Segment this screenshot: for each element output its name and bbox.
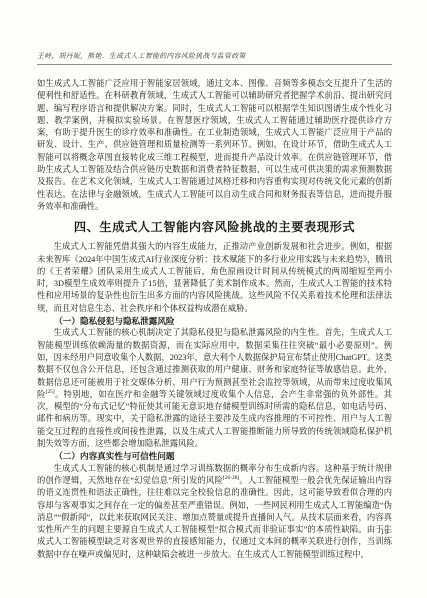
subsection-heading-privacy: （一）隐私侵犯与隐私泄露风险 — [37, 315, 392, 327]
paragraph-privacy-text-pre: 生成式人工智能的核心机制决定了其隐私侵犯与隐私泄露风险的内生性。首先，生成式人工… — [37, 328, 392, 398]
paragraph-overview: 生成式人工智能凭借其强大的内容生成能力，正推动产业创新发展和社会进步。例如，根据… — [37, 241, 392, 315]
citation-ref-25: [25] — [46, 389, 55, 395]
paragraph-privacy: 生成式人工智能的核心机制决定了其隐私侵犯与隐私泄露风险的内生性。首先，生成式人工… — [37, 327, 392, 450]
citation-ref-26-28: [26-28] — [223, 475, 239, 481]
subsection-heading-authenticity: （二）内容真实性与可信性问题 — [37, 450, 392, 462]
paragraph-authenticity-text-post: 。人工智能模型一般会优先保证输出内容的语义连贯性和语法正确性，往往难以完全校验信… — [37, 476, 392, 559]
header-rule — [37, 64, 392, 65]
running-head: 王岭，胡丹妮，熊艳．生成式人工智能的内容风险挑战与监管政策 — [37, 52, 392, 64]
paragraph-applications: 如生成式人工智能广泛应用于智能家居领域，通过文本、图像、音频等多模态交互提升了生… — [37, 78, 392, 213]
running-head-text: 王岭，胡丹妮，熊艳．生成式人工智能的内容风险挑战与监管政策 — [37, 53, 246, 60]
page-number: 19 — [380, 527, 389, 536]
section-heading: 四、生成式人工智能内容风险挑战的主要表现形式 — [37, 220, 392, 235]
document-page: 王岭，胡丹妮，熊艳．生成式人工智能的内容风险挑战与监管政策 如生成式人工智能广泛… — [0, 0, 427, 598]
paragraph-privacy-text-post: 。特别地，如在医疗和金融等关键领域过度收集个人信息，会产生非常强的负外部性。其次… — [37, 390, 392, 448]
paragraph-authenticity: 生成式人工智能的核心机制是通过学习训练数据的概率分布生成新内容。这种基于统计规律… — [37, 463, 392, 561]
